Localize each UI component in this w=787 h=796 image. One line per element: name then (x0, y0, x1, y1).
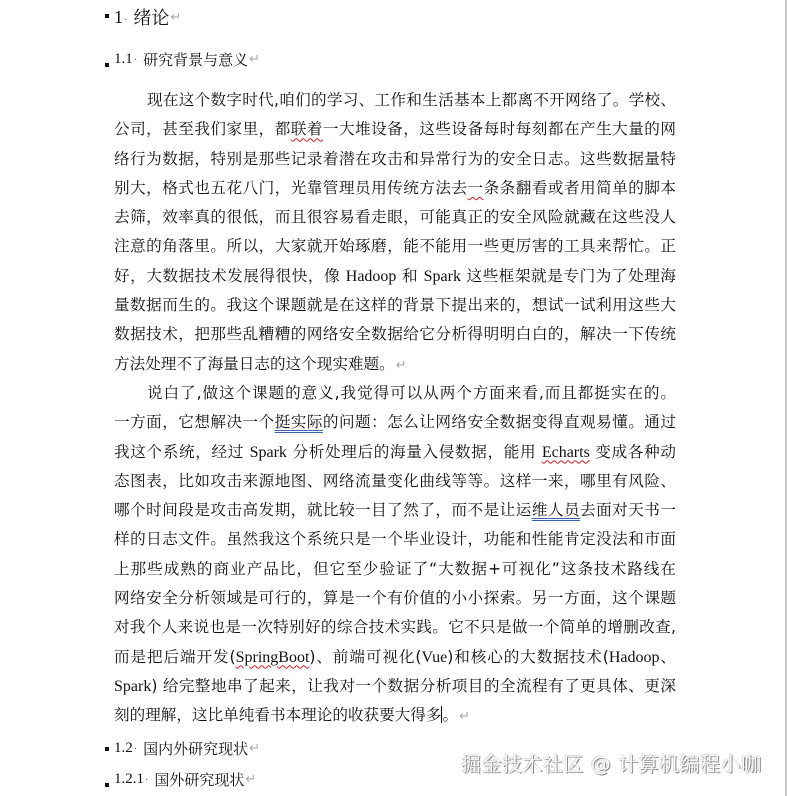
heading-bullet-icon (105, 747, 109, 751)
spelling-error-mark: 一 (468, 179, 484, 197)
text-line: 说白了,做这个课题的意义,我觉得可以从两个方面来看,而且都挺实在的。 (114, 379, 676, 408)
text-line: 一方面，它想解决一个挺实际的问题：怎么让网络安全数据变得直观易懂。通过 (114, 408, 676, 437)
spelling-error-mark: 联着 (291, 120, 323, 138)
heading-number: 1.1 (114, 51, 137, 68)
text-line: 对我个人来说也是一次特别好的综合技术实践。它不只是做一个简单的增删改查, (114, 613, 676, 642)
grammar-mark: 维人员 (532, 501, 580, 519)
heading-1-2-1-foreign-research[interactable]: 1.2.1 国外研究现状 ↵ (105, 769, 256, 790)
watermark: 掘金技术社区 @ 计算机编程小咖 (461, 748, 762, 777)
text-line: 好，大数据技术发展得很快，像 Hadoop 和 Spark 这些框架就是专门为了… (114, 262, 676, 291)
text-line: 我这个系统，经过 Spark 分析处理后的海量入侵数据，能用 Echarts 变… (114, 438, 676, 467)
text-line: 而是把后端开发(SpringBoot)、前端可视化(Vue)和核心的大数据技术(… (114, 643, 676, 672)
heading-1-2-research-status[interactable]: 1.2 国内外研究现状 ↵ (105, 738, 260, 759)
heading-bullet-icon (105, 14, 109, 18)
text-line: 注意的角落里。所以，大家就开始琢磨，能不能用一些更厉害的工具来帮忙。正 (114, 232, 676, 261)
paragraph-background[interactable]: 现在这个数字时代,咱们的学习、工作和生活基本上都离不开网络了。学校、 公司，甚至… (114, 86, 676, 731)
heading-title: 绪论 (133, 4, 169, 30)
paragraph-mark-icon: ↵ (459, 709, 470, 724)
text-line: 刻的理解，这比单纯看书本理论的收获要大得多。↵ (114, 701, 676, 730)
heading-number: 1.2.1 (114, 771, 148, 788)
paragraph-mark-icon: ↵ (396, 358, 407, 373)
heading-number: 1 (114, 7, 127, 28)
paragraph-mark-icon: ↵ (170, 10, 181, 25)
grammar-mark: 挺实际 (275, 413, 323, 431)
text-line: 网络安全分析领域是可行的，算是一个有价值的小小探索。另一方面，这个课题 (114, 584, 676, 613)
heading-1-1-background[interactable]: 1.1 研究背景与意义 ↵ (105, 49, 260, 70)
heading-1-introduction[interactable]: 1 绪论 ↵ (105, 4, 181, 30)
text-line: 哪个时间段是攻击高发期，就比较一目了然了，而不是让运维人员去面对天书一 (114, 496, 676, 525)
heading-title: 研究背景与意义 (143, 49, 248, 70)
paragraph-mark-icon: ↵ (249, 52, 260, 67)
paragraph-mark-icon: ↵ (245, 772, 256, 787)
text-line: 上那些成熟的商业产品比，但它至少验证了“大数据+可视化”这条技术路线在 (114, 555, 676, 584)
text-line: 量数据而生的。我这个课题就是在这样的背景下提出来的，想试一试利用这些大 (114, 291, 676, 320)
spelling-error-mark: Echarts (542, 444, 590, 461)
spelling-error-mark: SpringBoot (236, 649, 310, 666)
heading-number: 1.2 (114, 740, 137, 757)
text-line: 数据技术，把那些乱糟糟的网络安全数据给它分析得明明白白的，解决一下传统 (114, 320, 676, 349)
heading-title: 国内外研究现状 (143, 738, 248, 759)
text-line: 络行为数据，特别是那些记录着潜在攻击和异常行为的安全日志。这些数据量特 (114, 145, 676, 174)
heading-bullet-icon (105, 783, 109, 787)
text-line: 态图表，比如攻击来源地图、网络流量变化曲线等等。这样一来，哪里有风险、 (114, 467, 676, 496)
text-line: 去筛，效率真的很低，而且很容易看走眼，可能真正的安全风险就藏在这些没人 (114, 203, 676, 232)
text-line: 样的日志文件。虽然我这个系统只是一个毕业设计，功能和性能肯定没法和市面 (114, 525, 676, 554)
text-line: 现在这个数字时代,咱们的学习、工作和生活基本上都离不开网络了。学校、 (114, 86, 676, 115)
heading-title: 国外研究现状 (154, 769, 244, 790)
heading-bullet-icon (105, 63, 109, 67)
paragraph-mark-icon: ↵ (249, 741, 260, 756)
text-line: 公司，甚至我们家里，都联着一大堆设备，这些设备每时每刻都在产生大量的网 (114, 115, 676, 144)
text-line: 别大，格式也五花八门，光靠管理员用传统方法去一条条翻看或者用简单的脚本 (114, 174, 676, 203)
text-line: Spark) 给完整地串了起来，让我对一个数据分析项目的全流程有了更具体、更深 (114, 672, 676, 701)
text-line: 方法处理不了海量日志的这个现实难题。↵ (114, 350, 676, 379)
